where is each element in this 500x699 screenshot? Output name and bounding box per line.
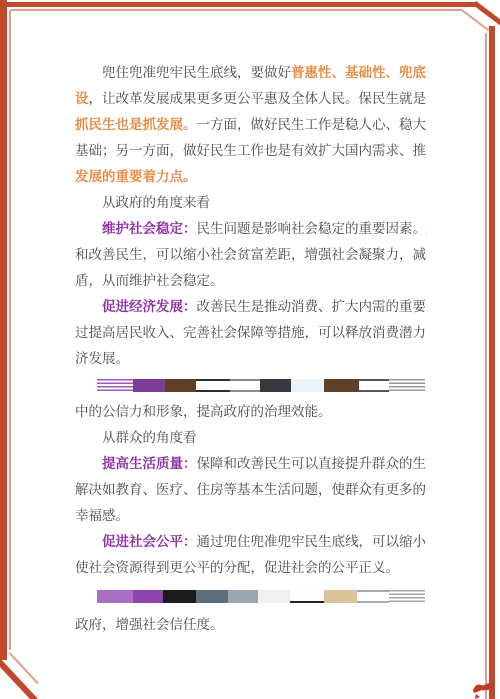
paragraph-line: 从群众的角度看 [75, 425, 427, 451]
text-segment: 促进经济发展： [102, 299, 197, 314]
text-segment: 解决如教育、医疗、住房等基本生活问题，使群众有更多的获得感和 [75, 482, 427, 497]
glitch-segment [389, 590, 425, 603]
glitch-bar [97, 590, 425, 603]
text-segment: 兜住兜准兜牢民生底线，要做好 [102, 65, 291, 80]
glitch-segment [389, 379, 425, 392]
glitch-segment [357, 590, 389, 603]
frame-inner-left-line [9, 10, 11, 650]
text-segment: 抓民生也是抓发展 [75, 117, 183, 132]
paragraph-line: 从政府的角度来看 [75, 190, 427, 216]
text-segment: 和改善民生，可以缩小社会贫富差距，增强社会凝聚力，减少社会矛 [75, 247, 427, 262]
glitch-segment [291, 379, 324, 392]
text-segment: 从政府的角度来看 [102, 195, 210, 210]
text-segment: 改善民生是推动消费、扩大内需的重要途径。通 [197, 299, 428, 314]
paragraph-line: 抓民生也是抓发展。一方面，做好民生工作是稳人心、稳大局的重要 [75, 112, 427, 138]
paragraph-line: 济发展。 [75, 346, 427, 372]
text-segment: 从群众的角度看 [102, 430, 197, 445]
glitch-segment [324, 590, 357, 603]
text-segment: 中的公信力和形象，提高政府的治理效能。 [75, 404, 332, 419]
paragraph-line: 盾，从而维护社会稳定。 [75, 268, 427, 294]
frame-left-border [0, 0, 7, 660]
glitch-segment [258, 590, 290, 603]
paragraph-line: 发展的重要着力点。 [75, 164, 427, 190]
ribbon-flourish-icon [472, 680, 496, 699]
paragraph-line: 中的公信力和形象，提高政府的治理效能。 [75, 399, 427, 425]
paragraph-line: 促进社会公平：通过兜住兜准兜牢民生底线，可以缩小贫富差距， [75, 529, 427, 555]
paragraph-line: 设，让改革发展成果更多更公平惠及全体人民。保民生就是保稳定， [75, 86, 427, 112]
text-segment: 设 [75, 91, 89, 106]
text-segment: 提高生活质量： [102, 456, 197, 471]
paragraph-line: 政府，增强社会信任度。 [75, 612, 427, 638]
document-body: 兜住兜准兜牢民生底线，要做好普惠性、基础性、兜底性民生建设，让改革发展成果更多更… [75, 60, 427, 638]
paragraph-line: 提高生活质量：保障和改善民生可以直接提升群众的生活质量， [75, 451, 427, 477]
text-segment: 民生问题是影响社会稳定的重要因素。通过保障 [197, 221, 428, 236]
text-segment: 普惠性、基础性、兜底性民生建 [291, 65, 427, 80]
glitch-segment [230, 379, 260, 392]
glitch-segment [359, 379, 389, 392]
frame-top-right-chamfer [473, 1, 500, 28]
glitch-segment [324, 379, 359, 392]
glitch-segment [228, 590, 258, 603]
glitch-segment [97, 590, 133, 603]
text-segment: 基础；另一方面，做好民生工作也是有效扩大国内需求、推动 [75, 143, 427, 158]
frame-inner-top-line [10, 9, 462, 11]
paragraph-line: 基础；另一方面，做好民生工作也是有效扩大国内需求、推动高质量 [75, 138, 427, 164]
paragraph-line: 兜住兜准兜牢民生底线，要做好普惠性、基础性、兜底性民生建 [75, 60, 427, 86]
paragraph-line: 过提高居民收入、完善社会保障等措施，可以释放消费潜力，促进经 [75, 320, 427, 346]
paragraph-line: 解决如教育、医疗、住房等基本生活问题，使群众有更多的获得感和 [75, 477, 427, 503]
document-page: 兜住兜准兜牢民生底线，要做好普惠性、基础性、兜底性民生建设，让改革发展成果更多更… [0, 0, 500, 699]
paragraph-line: 促进经济发展：改善民生是推动消费、扩大内需的重要途径。通 [75, 294, 427, 320]
glitch-segment [260, 379, 291, 392]
paragraph-line: 和改善民生，可以缩小社会贫富差距，增强社会凝聚力，减少社会矛 [75, 242, 427, 268]
text-segment: 使社会资源得到更公平的分配，促进社会的公平正义。 [75, 560, 399, 575]
text-segment: 过提高居民收入、完善社会保障等措施，可以释放消费潜力，促进经 [75, 325, 427, 340]
text-segment: 通过兜住兜准兜牢民生底线，可以缩小贫富差距， [197, 534, 428, 549]
text-segment: 发展的重要着力点。 [75, 169, 197, 184]
text-segment: 促进社会公平： [102, 534, 197, 549]
paragraph-line: 维护社会稳定：民生问题是影响社会稳定的重要因素。通过保障 [75, 216, 427, 242]
glitch-segment [196, 379, 230, 392]
glitch-segment [133, 379, 165, 392]
glitch-bar [97, 379, 425, 392]
paragraph-line: 幸福感。 [75, 503, 427, 529]
glitch-segment [290, 590, 324, 603]
paragraph-line: 使社会资源得到更公平的分配，促进社会的公平正义。 [75, 555, 427, 581]
frame-top-border [0, 2, 478, 7]
frame-inner-right-line [485, 33, 487, 699]
text-segment: 维护社会稳定： [102, 221, 197, 236]
text-segment: 济发展。 [75, 351, 129, 366]
text-segment: ，让改革发展成果更多更公平惠及全体人民。保民生就是保稳定， [89, 91, 428, 106]
glitch-segment [165, 379, 196, 392]
glitch-segment [133, 590, 163, 603]
text-segment: 政府，增强社会信任度。 [75, 617, 224, 632]
text-segment: 保障和改善民生可以直接提升群众的生活质量， [197, 456, 428, 471]
glitch-segment [163, 590, 196, 603]
text-segment: 盾，从而维护社会稳定。 [75, 273, 224, 288]
text-segment: 。一方面，做好民生工作是稳人心、稳大局的重要 [183, 117, 427, 132]
glitch-segment [97, 379, 133, 392]
glitch-segment [196, 590, 228, 603]
text-segment: 幸福感。 [75, 508, 129, 523]
frame-right-border [489, 26, 495, 699]
